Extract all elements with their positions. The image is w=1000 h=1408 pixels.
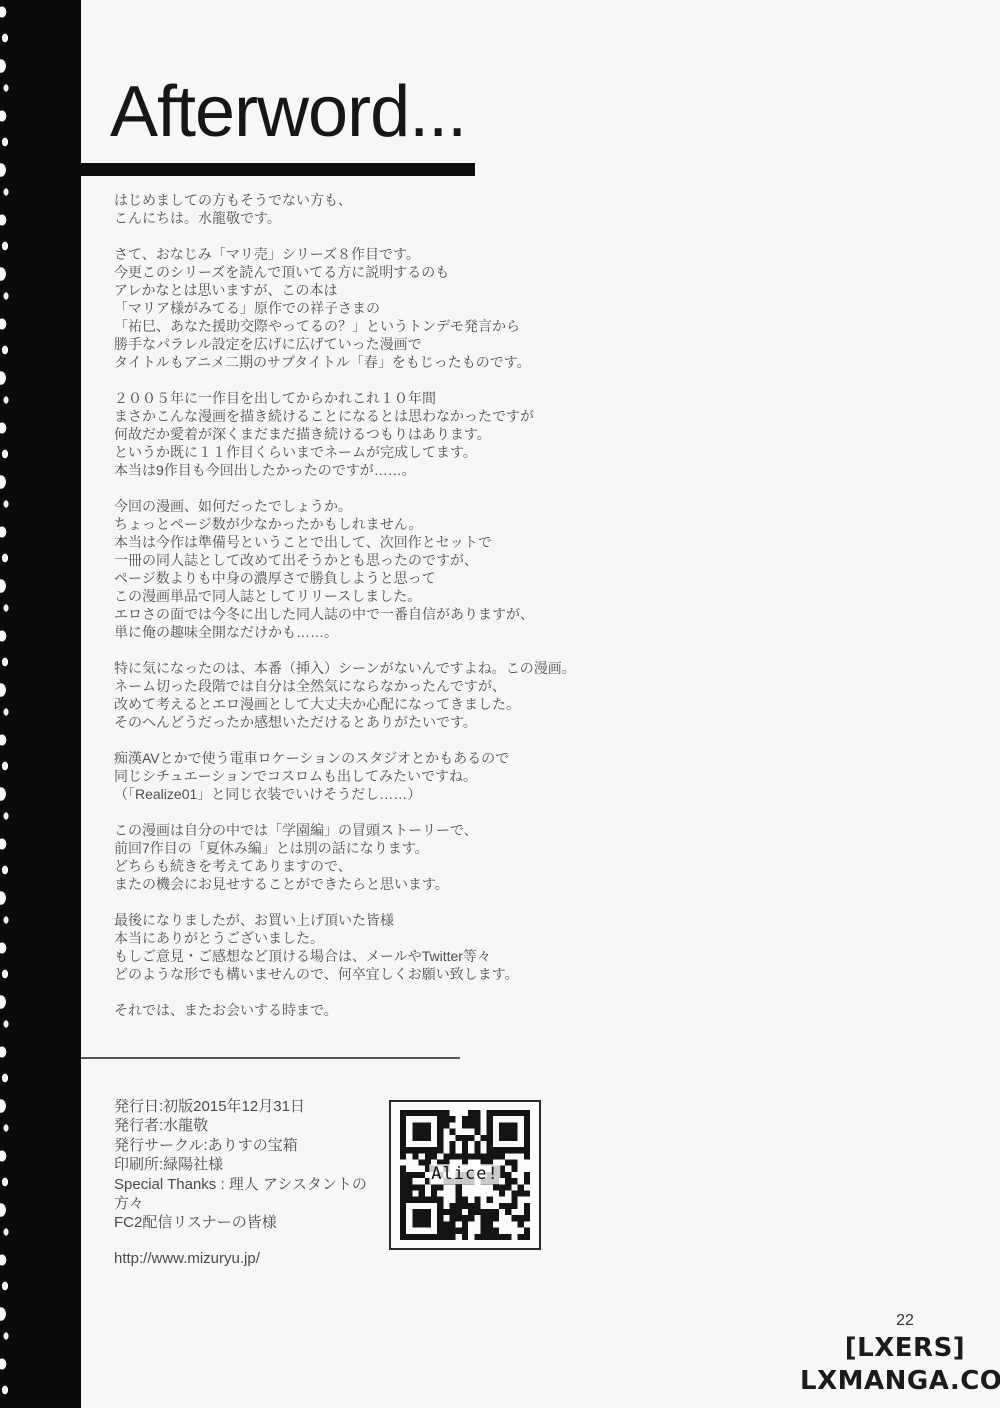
colophon-line: 発行日:初版2015年12月31日 — [114, 1097, 394, 1116]
afterword-paragraph: さて、おなじみ「マリ売」シリーズ８作目です。今更このシリーズを読んで頂いてる方に… — [114, 245, 734, 371]
afterword-paragraph: ２００５年に一作目を出してからかれこれ１０年間まさかこんな漫画を描き続けることに… — [114, 389, 734, 479]
afterword-paragraph: 最後になりましたが、お買い上げ頂いた皆様本当にありがとうございました。もしご意見… — [114, 911, 734, 983]
title-underline-bar — [81, 163, 475, 176]
author-url: http://www.mizuryu.jp/ — [114, 1249, 394, 1268]
colophon-line: 発行サークル:ありすの宝箱 — [114, 1136, 394, 1155]
colophon-line: 発行者:水龍敬 — [114, 1116, 394, 1135]
colophon: 発行日:初版2015年12月31日発行者:水龍敬発行サークル:ありすの宝箱印刷所… — [114, 1097, 394, 1268]
binding-spine — [0, 0, 81, 1408]
section-divider — [81, 1057, 460, 1059]
colophon-line: Special Thanks : 理人 アシスタントの方々 — [114, 1175, 394, 1214]
watermark-group: [LXERS] — [800, 1333, 1000, 1363]
afterword-page: Afterword... はじめましての方もそうでない方も、こんにちは。水龍敬で… — [0, 0, 1000, 1408]
afterword-paragraph: それでは、またお会いする時まで。 — [114, 1001, 734, 1019]
page-number: 22 — [800, 1312, 1000, 1330]
page-title: Afterword... — [110, 76, 466, 148]
afterword-paragraph: 今回の漫画、如何だったでしょうか。ちょっとページ数が少なかったかもしれません。本… — [114, 497, 734, 641]
afterword-paragraph: この漫画は自分の中では「学園編」の冒頭ストーリーで、前回7作目の「夏休み編」とは… — [114, 821, 734, 893]
afterword-paragraph: 特に気になったのは、本番（挿入）シーンがないんですよね。この漫画。ネーム切った段… — [114, 659, 734, 731]
afterword-body: はじめましての方もそうでない方も、こんにちは。水龍敬です。さて、おなじみ「マリ売… — [114, 191, 734, 1037]
colophon-lines: 発行日:初版2015年12月31日発行者:水龍敬発行サークル:ありすの宝箱印刷所… — [114, 1097, 394, 1233]
qr-code: Alice! — [389, 1100, 541, 1250]
footer-right: 22 [LXERS] LXMANGA.COM — [800, 1312, 1000, 1396]
colophon-line: 印刷所:緑陽社様 — [114, 1155, 394, 1174]
colophon-line: FC2配信リスナーの皆様 — [114, 1213, 394, 1232]
watermark-site: LXMANGA.COM — [800, 1366, 1000, 1396]
afterword-paragraph: 痴漢AVとかで使う電車ロケーションのスタジオとかもあるので同じシチュエーションで… — [114, 749, 734, 803]
qr-center-label: Alice! — [429, 1164, 500, 1184]
afterword-paragraph: はじめましての方もそうでない方も、こんにちは。水龍敬です。 — [114, 191, 734, 227]
